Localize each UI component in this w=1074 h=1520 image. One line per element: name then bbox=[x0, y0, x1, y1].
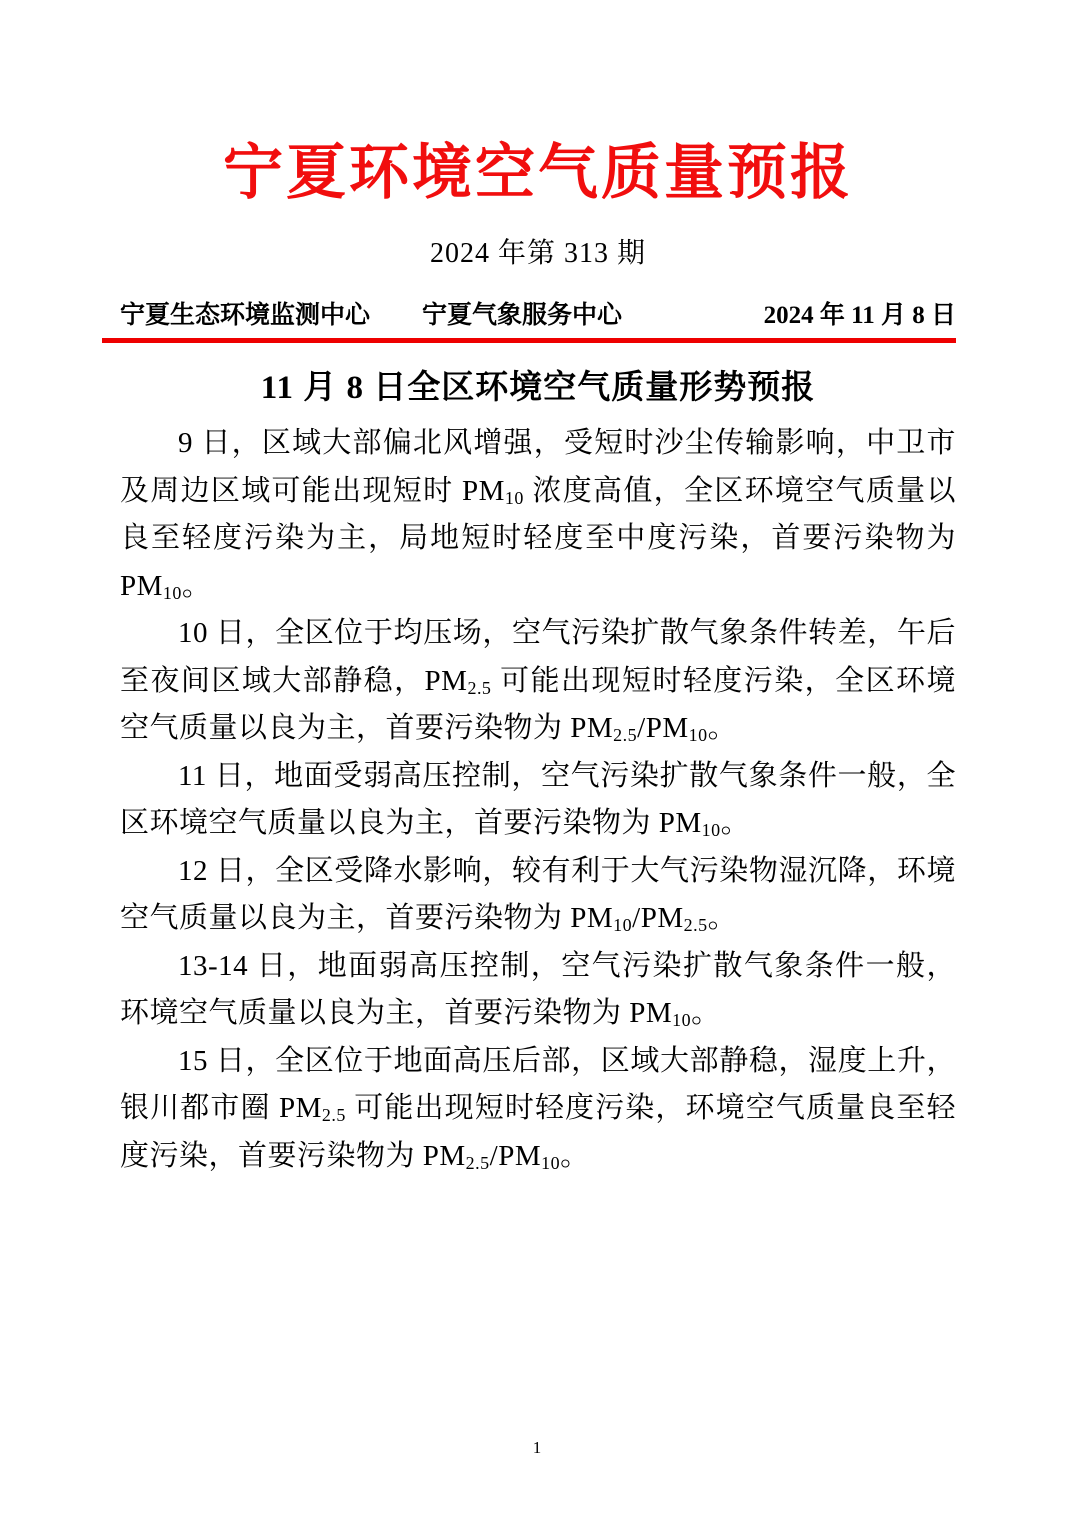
issuing-agencies-row: 宁夏生态环境监测中心 宁夏气象服务中心 2024 年 11 月 8 日 bbox=[120, 295, 956, 331]
document-page: 宁夏环境空气质量预报 2024 年第 313 期 宁夏生态环境监测中心 宁夏气象… bbox=[0, 0, 1074, 1520]
red-divider-rule bbox=[102, 338, 956, 343]
forecast-paragraph-day9: 9 日，区域大部偏北风增强，受短时沙尘传输影响，中卫市及周边区域可能出现短时 P… bbox=[120, 420, 956, 610]
issue-date: 2024 年 11 月 8 日 bbox=[622, 295, 956, 331]
forecast-paragraph-day13-14: 13-14 日，地面弱高压控制，空气污染扩散气象条件一般，环境空气质量以良为主，… bbox=[120, 943, 956, 1038]
document-title: 宁夏环境空气质量预报 bbox=[120, 125, 956, 211]
forecast-paragraph-day15: 15 日，全区位于地面高压后部，区域大部静稳，湿度上升，银川都市圈 PM2.5 … bbox=[120, 1038, 956, 1181]
forecast-paragraph-day11: 11 日，地面受弱高压控制，空气污染扩散气象条件一般，全区环境空气质量以良为主，… bbox=[120, 753, 956, 848]
forecast-body: 9 日，区域大部偏北风增强，受短时沙尘传输影响，中卫市及周边区域可能出现短时 P… bbox=[120, 420, 956, 1180]
forecast-section-title: 11 月 8 日全区环境空气质量形势预报 bbox=[120, 361, 956, 408]
agency-meteorological-service-center: 宁夏气象服务中心 bbox=[422, 295, 622, 331]
issue-number: 2024 年第 313 期 bbox=[120, 231, 956, 271]
page-number: 1 bbox=[0, 1438, 1074, 1458]
agency-environment-monitoring-center: 宁夏生态环境监测中心 bbox=[120, 295, 370, 331]
forecast-paragraph-day10: 10 日，全区位于均压场，空气污染扩散气象条件转差，午后至夜间区域大部静稳，PM… bbox=[120, 610, 956, 753]
forecast-paragraph-day12: 12 日，全区受降水影响，较有利于大气污染物湿沉降，环境空气质量以良为主，首要污… bbox=[120, 848, 956, 943]
